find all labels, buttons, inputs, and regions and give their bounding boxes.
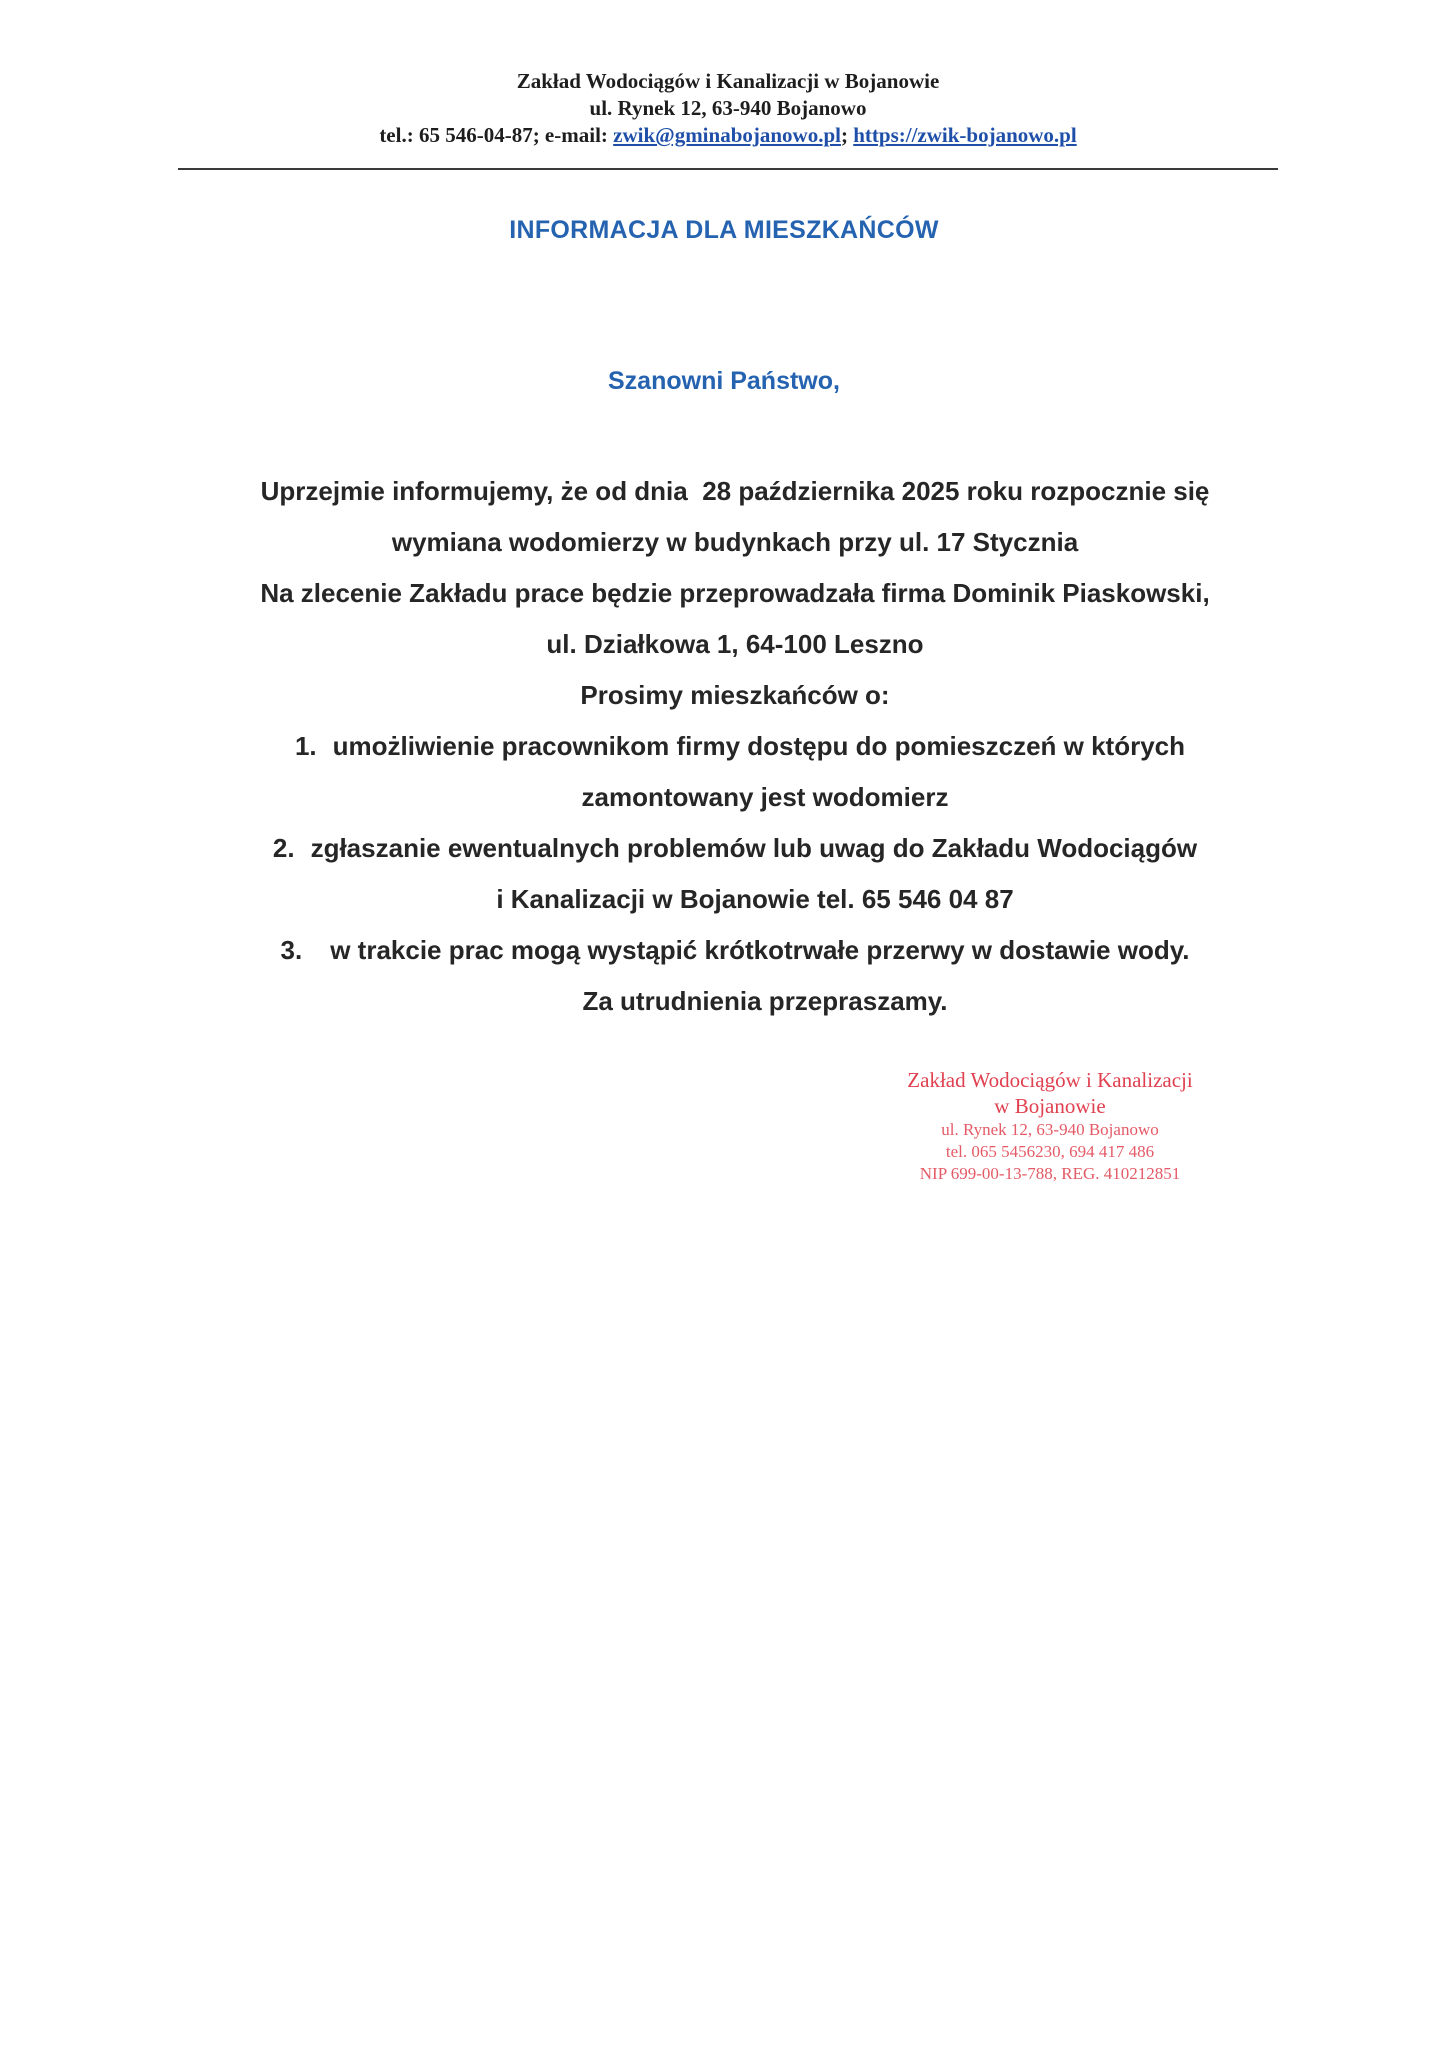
website-link[interactable]: https://zwik-bojanowo.pl: [853, 123, 1076, 147]
list-continuation: zamontowany jest wodomierz: [190, 772, 1280, 823]
greeting: Szanowni Państwo,: [0, 367, 1448, 396]
notice-body: Uprzejmie informujemy, że od dnia 28 paź…: [190, 466, 1280, 1027]
stamp-phone: tel. 065 5456230, 694 417 486: [850, 1141, 1250, 1163]
request-intro: Prosimy mieszkańców o:: [190, 670, 1280, 721]
company-stamp: Zakład Wodociągów i Kanalizacji w Bojano…: [850, 1067, 1250, 1185]
stamp-registry: NIP 699-00-13-788, REG. 410212851: [850, 1163, 1250, 1185]
stamp-name-line-1: Zakład Wodociągów i Kanalizacji: [850, 1067, 1250, 1093]
body-line: ul. Działkowa 1, 64-100 Leszno: [190, 619, 1280, 670]
list-text: umożliwienie pracownikom firmy dostępu d…: [333, 731, 1185, 761]
letterhead: Zakład Wodociągów i Kanalizacji w Bojano…: [178, 68, 1278, 149]
list-number: 3.: [281, 925, 303, 976]
document-page: Zakład Wodociągów i Kanalizacji w Bojano…: [0, 0, 1448, 2048]
list-item: 1.umożliwienie pracownikom firmy dostępu…: [190, 721, 1280, 772]
list-item: 3.w trakcie prac mogą wystąpić krótkotrw…: [190, 925, 1280, 976]
list-text: zgłaszanie ewentualnych problemów lub uw…: [311, 833, 1198, 863]
stamp-name-line-2: w Bojanowie: [850, 1093, 1250, 1119]
page-title: INFORMACJA DLA MIESZKAŃCÓW: [0, 216, 1448, 245]
closing-line: Za utrudnienia przepraszamy.: [190, 976, 1280, 1027]
org-name: Zakład Wodociągów i Kanalizacji w Bojano…: [178, 68, 1278, 95]
header-divider: [178, 168, 1278, 170]
org-address: ul. Rynek 12, 63-940 Bojanowo: [178, 95, 1278, 122]
list-continuation: i Kanalizacji w Bojanowie tel. 65 546 04…: [190, 874, 1280, 925]
list-item: 2.zgłaszanie ewentualnych problemów lub …: [190, 823, 1280, 874]
list-text: w trakcie prac mogą wystąpić krótkotrwał…: [330, 935, 1189, 965]
contact-prefix: tel.: 65 546-04-87; e-mail:: [379, 123, 613, 147]
body-line: Uprzejmie informujemy, że od dnia 28 paź…: [190, 466, 1280, 517]
body-line: wymiana wodomierzy w budynkach przy ul. …: [190, 517, 1280, 568]
list-number: 1.: [295, 721, 317, 772]
contact-separator: ;: [841, 123, 853, 147]
org-contact: tel.: 65 546-04-87; e-mail: zwik@gminabo…: [178, 122, 1278, 149]
body-line: Na zlecenie Zakładu prace będzie przepro…: [190, 568, 1280, 619]
email-link[interactable]: zwik@gminabojanowo.pl: [613, 123, 841, 147]
list-number: 2.: [273, 823, 295, 874]
stamp-address: ul. Rynek 12, 63-940 Bojanowo: [850, 1119, 1250, 1141]
